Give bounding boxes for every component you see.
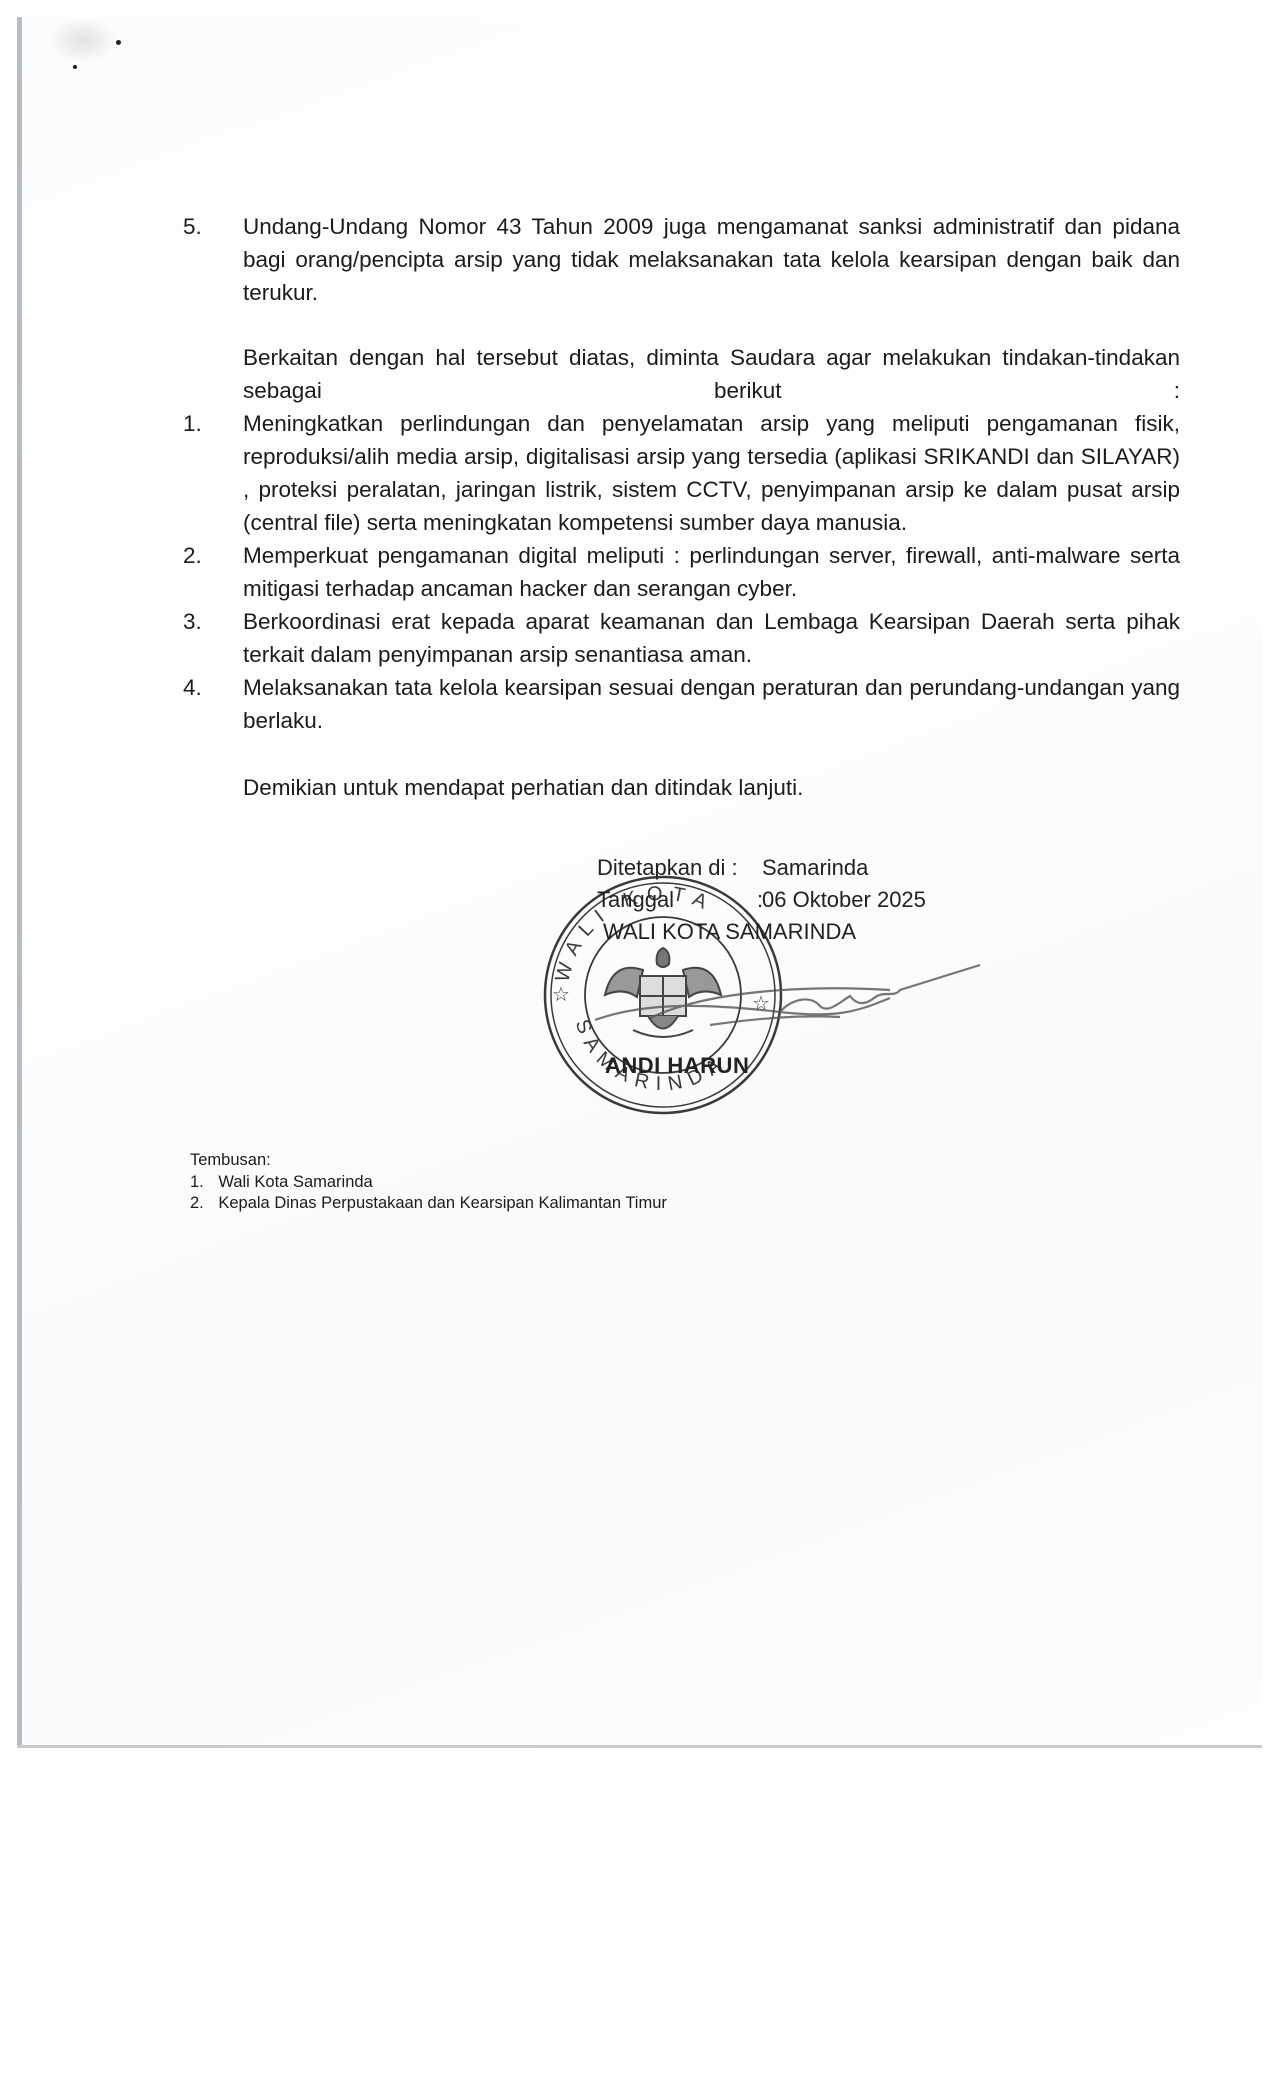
- intro-paragraph: Berkaitan dengan hal tersebut diatas, di…: [183, 341, 1180, 407]
- list-text: Melaksanakan tata kelola kearsipan sesua…: [243, 671, 1180, 737]
- list-number: 2.: [183, 539, 223, 572]
- signature-scribble-icon: [590, 960, 990, 1050]
- signer-position: WALI KOTA SAMARINDA: [603, 916, 856, 948]
- list-text: Berkoordinasi erat kepada aparat keamana…: [243, 605, 1180, 671]
- list-text: Meningkatkan perlindungan dan penyelamat…: [243, 407, 1180, 539]
- copy-text: Kepala Dinas Perpustakaan dan Kearsipan …: [218, 1194, 667, 1212]
- copy-item: 2. Kepala Dinas Perpustakaan dan Kearsip…: [190, 1193, 667, 1214]
- list-text: Memperkuat pengamanan digital meliputi :…: [243, 539, 1180, 605]
- date-label: Tanggal:: [597, 884, 762, 916]
- scan-speck: [116, 40, 121, 45]
- place-row: Ditetapkan di :Samarinda: [597, 852, 868, 884]
- list-number: 3.: [183, 605, 223, 638]
- list-text: Undang-Undang Nomor 43 Tahun 2009 juga m…: [243, 210, 1180, 309]
- scan-smudge: [48, 18, 118, 63]
- copies-heading: Tembusan:: [190, 1150, 271, 1171]
- place-value: Samarinda: [762, 852, 868, 884]
- copy-item: 1. Wali Kota Samarinda: [190, 1172, 373, 1193]
- signer-name: ANDI HARUN: [605, 1050, 749, 1082]
- list-number: 5.: [183, 210, 223, 243]
- copy-number: 1.: [190, 1173, 204, 1191]
- list-number: 1.: [183, 407, 223, 440]
- copy-number: 2.: [190, 1194, 204, 1212]
- copy-text: Wali Kota Samarinda: [218, 1173, 372, 1191]
- closing-sentence: Demikian untuk mendapat perhatian dan di…: [243, 775, 803, 801]
- intro-text: Berkaitan dengan hal tersebut diatas, di…: [183, 341, 1180, 407]
- scan-speck: [73, 65, 77, 69]
- place-label: Ditetapkan di :: [597, 852, 762, 884]
- date-row: Tanggal:06 Oktober 2025: [597, 884, 926, 916]
- list-number: 4.: [183, 671, 223, 704]
- date-value: 06 Oktober 2025: [762, 884, 926, 916]
- svg-text:☆: ☆: [552, 984, 570, 1006]
